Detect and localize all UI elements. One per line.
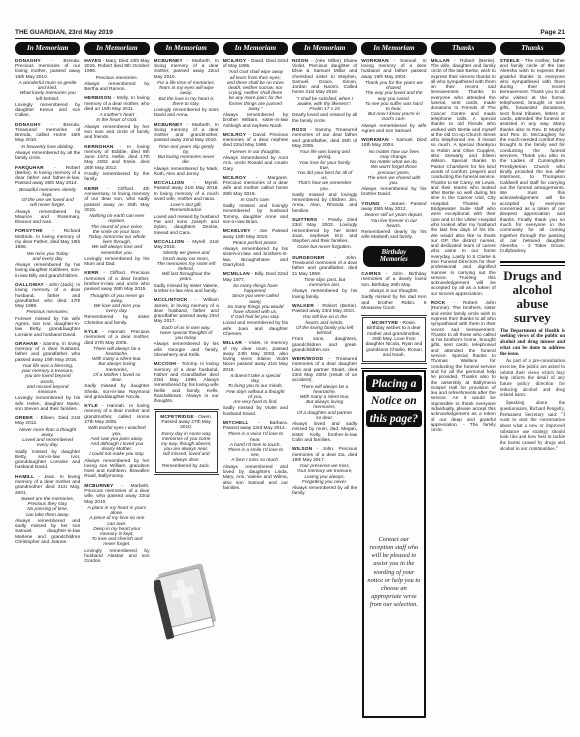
- verse-line: But loving memories never die.: [157, 155, 216, 165]
- verse-line: The ones we shared with you.: [364, 176, 423, 186]
- memorial-notice: MCCOSH - Tommy. In loving memory of a de…: [154, 362, 219, 404]
- verse-line: Nothing on earth can ever replace,: [87, 214, 146, 224]
- memorial-notice: FARQUHAR - Robert (Bertie). In loving me…: [15, 166, 80, 226]
- verse-line: There is a smile I'd love to see,: [226, 448, 285, 458]
- notice-surname: ROCK: [431, 301, 446, 306]
- memorial-notice: MCCALLION - Myrell. Passed away 21st May…: [154, 181, 219, 236]
- birthday-memories-header: BirthdayMemories: [363, 246, 424, 268]
- notice-verse: In God's care.: [226, 198, 285, 203]
- memorial-notice: HERBISON - Molly. In loving memory of a …: [84, 96, 149, 140]
- memorial-notice: DONAGHY - Brenda. Treasured memories of …: [15, 123, 80, 162]
- notice-surname: KYLE: [84, 404, 98, 409]
- notice-surname: HERBISON: [84, 96, 111, 101]
- notice-body: WILSON - John. Precious memories of a de…: [292, 447, 357, 463]
- section-header-pill: Thanks: [500, 42, 565, 55]
- section-header-pill: In Memoriam: [292, 42, 357, 55]
- promo-body-text: Contact our reception staff who will be …: [366, 432, 421, 713]
- notice-body: MILLAR - Robert (Bertie). The wife, daug…: [431, 59, 496, 297]
- notice-closing: Sadly missed and lovingly remembered by …: [223, 204, 288, 225]
- memorial-notice: GRAHAM - Sammy. In loving memory of a de…: [15, 342, 80, 412]
- notice-surname: FARQUHAR: [15, 166, 44, 171]
- verse-line: Peace perfect peace.: [226, 241, 285, 246]
- notice-verse: It doesn't take a special day,To bring y…: [226, 374, 285, 405]
- masthead: THE GUARDIAN, 23rd May 2019 Page 21: [15, 29, 565, 39]
- notice-surname: KERNOHAN: [84, 145, 113, 150]
- memorial-notice: CAIRNS - John. Birthday memories of a de…: [361, 272, 426, 311]
- notice-verse: You still live on in the hearts and mind…: [295, 315, 354, 336]
- notice-verse: So many things have happened,Since you w…: [226, 284, 285, 320]
- verse-line: In God's care.: [226, 198, 285, 203]
- verse-line: Time and years slip gently by,: [157, 145, 216, 155]
- notice-closing: Always remembered by his loving daughter…: [15, 263, 80, 279]
- memorial-notice: KYLE - Hannah. In loving memory of a dea…: [84, 404, 149, 480]
- section-header-pill: In Memoriam: [361, 42, 426, 55]
- notice-verse: A place in my heart is yours alone,A pie…: [87, 506, 146, 548]
- notice-body: MCFETRIDGE - Owen. Passed away 27th May …: [158, 415, 215, 431]
- verse-line: What lovely memories you left behind.: [18, 91, 77, 101]
- verse-line: Few days without a thought of you,: [226, 390, 285, 400]
- memorial-notice: ROCK - Robert John (Ronnie). The brother…: [431, 301, 496, 433]
- notice-body: MCINTYRE - Rosie. Birthday wishes to a d…: [365, 321, 422, 358]
- notice-body: MCBURNEY - Marbeth. In loving memory of …: [154, 59, 219, 80]
- memorial-notice: WEIR/WOOD - Treasured memories of a dear…: [292, 357, 357, 443]
- notice-body: KERR - Clifford. Precious memories of a …: [84, 271, 149, 292]
- notice-closing: Always remembered by his brother David.: [361, 187, 426, 198]
- notice-closing: Fondly remembered by the family.: [84, 172, 149, 183]
- notice-closing: Always remembered by Mark, Ruth, Alex an…: [154, 167, 219, 178]
- page-number: Page 21: [540, 29, 565, 36]
- placing-notice-promo: Placing aNotice onthis page?Contact our …: [362, 370, 425, 718]
- notice-body: DONAGHY - Brenda. Treasured memories of …: [15, 123, 80, 144]
- verse-line: Your love for your family true,: [295, 161, 354, 171]
- notice-body: MCMILLAN - Billy. Died 22nd May 1977.: [223, 272, 288, 283]
- notice-body: ROSS - Sammy. Treasured memories of our …: [292, 128, 357, 149]
- memorial-notice: MILLAR - Violet. In memory of my dear mu…: [223, 341, 288, 417]
- notice-verse: A wonderful mum so gentle and kind,What …: [18, 81, 77, 102]
- verse-line: Thoughts of you never go away,: [87, 294, 146, 304]
- memorial-notice: MCILROY - David. Precious memories of a …: [223, 133, 288, 172]
- notice-surname: MCBURNEY: [154, 123, 183, 128]
- verse-line: Silently we grieve and brush away our te…: [157, 251, 216, 261]
- notice-body: SURGEONER - John. Treasured memories of …: [292, 256, 357, 277]
- notice-surname: MCBURNEY: [84, 484, 113, 489]
- verse-line: But always loving memories,: [295, 400, 354, 410]
- article-divider: [500, 261, 565, 266]
- notice-closing: Sadly missed by his dad Ken and brother …: [361, 295, 426, 311]
- newspaper-column: ThanksSTEELE - The mother, father and fa…: [500, 42, 565, 719]
- memorial-notice: SURGEONER - John. Treasured memories of …: [292, 256, 357, 300]
- notice-surname: MCILROY: [223, 133, 247, 138]
- notice-verse: Your life was a blessing,your memory a t…: [18, 364, 77, 395]
- verse-line: But the love in my heart is there to sta…: [157, 97, 216, 107]
- verse-line: It doesn't take a special day,: [226, 374, 285, 384]
- newspaper-column: In MemoriamHAYES - Mary. Died 10th May 2…: [84, 42, 149, 719]
- verse-line: Will last throughout the years.: [157, 272, 216, 282]
- verse-line: Your memory we treasure,: [295, 469, 354, 474]
- verse-line: you are loved beyond words,: [18, 374, 77, 384]
- notice-body: KYLE - Hannah. In loving memory of a dea…: [84, 404, 149, 425]
- notice-body: MCCOSH - Tommy. In loving memory of a de…: [154, 362, 219, 404]
- article-headline: Drugs and alcohol abuse survey: [500, 269, 565, 325]
- verse-line: You still live on in the hearts and mind…: [295, 315, 354, 325]
- verse-line: Your life was loving and giving,: [295, 150, 354, 160]
- notice-surname: MCILROY: [223, 59, 247, 64]
- verse-line: Deep in my heart your memory is kept,: [87, 527, 146, 537]
- notice-surname: WILSON: [292, 447, 312, 452]
- notice-surname: KERR: [84, 187, 98, 192]
- verse-line: So many things you would have shared wit…: [226, 305, 285, 315]
- notice-closing: Sadly missed by daughter Sheila, son-in-…: [84, 384, 149, 400]
- verse-line: That's how we remember you.: [295, 181, 354, 191]
- newspaper-column: In MemoriamDONAGHY - Brenda. Precious me…: [15, 42, 80, 719]
- verse-line: Forever in our thoughts.: [226, 150, 285, 155]
- notice-closing: Lovingly remembered by husband Alastair …: [84, 549, 149, 565]
- notice-surname: MCINTYRE: [372, 321, 399, 326]
- notice-verse: In heavenly love abiding.: [18, 145, 77, 150]
- section-header-pill: In Memoriam: [15, 42, 80, 55]
- verse-line: Dearer still as years depart,: [364, 213, 423, 218]
- notice-surname: MITCHELL: [223, 421, 249, 426]
- notice-surname: MCCOSH: [154, 362, 177, 367]
- verse-line: Since you were called away,: [226, 294, 285, 304]
- badge-line: Memories: [363, 256, 424, 264]
- memorial-notice: MILLAR - Robert (Bertie). The wife, daug…: [431, 59, 496, 297]
- notice-verse: Thank you for the years we shared,The wa…: [364, 81, 423, 123]
- verse-line: To love and cherish and never forget.: [87, 537, 146, 547]
- verse-line: Of the one we loved and will never forge…: [18, 198, 77, 208]
- notice-body: NIXON - (née Millar) Elaine Violet. Prec…: [292, 59, 357, 96]
- notice-closing: Sadly missed by sister Valerie, brother-…: [154, 284, 219, 295]
- memorial-notice: NIXON - (née Millar) Elaine Violet. Prec…: [292, 59, 357, 124]
- notice-body: ROCK - Robert John (Ronnie). The brother…: [431, 301, 496, 433]
- newspaper-page: THE GUARDIAN, 23rd May 2019 Page 21 In M…: [0, 0, 580, 737]
- notice-verse: For a life time of memories.Tears in my …: [157, 81, 216, 107]
- notice-closing: Always remembered and loved by daughters…: [223, 465, 288, 491]
- verse-line: If God had let you stay.: [226, 315, 285, 320]
- notice-surname: SUITTERS: [292, 218, 317, 223]
- promo-headline-line: Placing a: [366, 375, 421, 392]
- notice-body: CAIRNS - John. Birthday memories of a de…: [361, 272, 426, 288]
- notice-body: MCILROY - David. Precious memories of a …: [223, 133, 288, 149]
- notice-body: SUITTERS - Pearly. Died 23rd May 2003. L…: [292, 218, 357, 244]
- notice-surname: MCCALLION: [154, 240, 185, 245]
- memorial-notice: KERR - Clifford. Precious memories of a …: [84, 271, 149, 326]
- verse-line: We won't forget those precious years,: [364, 165, 423, 175]
- notice-closing: Lovingly remembered by daughter Keeva an…: [15, 103, 80, 119]
- verse-line: So many things have happened,: [226, 284, 285, 294]
- notice-verse: Sweet are the memories,Precious they sta…: [18, 497, 77, 518]
- memorial-notice: MCILROY - Margaret. Precious memories of…: [223, 176, 288, 226]
- notice-verse: A mother's heartIn the heart of God.: [87, 113, 146, 123]
- notice-body: DONAGHY - Brenda. Precious memories of o…: [15, 59, 80, 80]
- verse-line: and missed beyond measure.: [18, 385, 77, 395]
- notice-verse: Every day in some way memories of you co…: [161, 432, 212, 463]
- notice-closing: Always remembered by his loving family.: [292, 289, 357, 300]
- notice-verse: There will always be a heartache,With ma…: [295, 385, 354, 421]
- verse-line: There will always be a heartache,: [295, 385, 354, 395]
- verse-line: To bring you to our minds,: [226, 384, 285, 389]
- notice-body: STEELE - The mother, father and family c…: [500, 59, 565, 255]
- notice-verse: Your presence we miss,Your memory we tre…: [295, 464, 354, 485]
- notice-body: FORSYTHE - Richard McBride. In loving me…: [15, 229, 80, 250]
- notice-verse: Forever in our thoughts.: [226, 150, 285, 155]
- notice-surname: NIXON: [292, 59, 308, 64]
- notice-body: KYLE - Hannah. Precious memories of a de…: [84, 330, 149, 346]
- notice-surname: KYLE: [84, 330, 98, 335]
- notice-surname: HAMILL: [15, 475, 34, 480]
- article-paragraph: Speaking about the questionnaire, Richar…: [500, 401, 565, 452]
- memorial-notice: ROSS - Sammy. Treasured memories of our …: [292, 128, 357, 214]
- newspaper-column: In MemoriamWORKMAN - Samuel. In loving m…: [361, 42, 426, 719]
- verse-line: A place in my heart is yours alone,: [87, 506, 146, 516]
- verse-line: Time slips past, but memories last.: [295, 278, 354, 288]
- notice-body: FARQUHAR - Robert (Bertie). In loving me…: [15, 166, 80, 187]
- memorial-notice: MCILROY - David. Died 22nd of May 1995."…: [223, 59, 288, 129]
- notice-body: MCBURNEY - Marbeth. Precious memories of…: [84, 484, 149, 505]
- notice-body: GRAHAM - Sammy. In loving memory of a de…: [15, 342, 80, 363]
- verse-line: Have special thoughts of you today.: [157, 331, 216, 341]
- notice-closing: Always remembered by his sisters-in-law …: [223, 247, 288, 268]
- notice-body: KERR - Clifford. 4th Anniversary. In lov…: [84, 187, 149, 213]
- memorial-notice: HAMILL - Jean. In loving memory of a dea…: [15, 475, 80, 545]
- memorial-notice: MCCALLION - Myrell. 21st May 2018.Silent…: [154, 240, 219, 294]
- notice-body: GALLOWAY - John (Jack). In loving memory…: [15, 283, 80, 309]
- memorial-notice: MCFETRIDGE - Owen. Passed away 27th May …: [155, 411, 218, 473]
- notice-closing: Always remembered by Aunt Ann, uncle Ron…: [223, 156, 288, 172]
- notice-surname: STEELE: [500, 59, 520, 64]
- notice-body: KERNOHAN - In loving memory of Bobbie, d…: [84, 145, 149, 171]
- memorial-notice: MCBURNEY - Marbeth. In loving memory of …: [154, 123, 219, 178]
- notice-surname: DONAGHY: [15, 59, 41, 64]
- article-lead: The Department of Health is seeking view…: [500, 329, 565, 358]
- memorial-notice: GALLOWAY - John (Jack). In loving memory…: [15, 283, 80, 338]
- notice-verse: Dearer still as years depart,You live fo…: [364, 213, 423, 229]
- memorial-notice: MITCHELL - Barbara. Passed away 23rd May…: [223, 421, 288, 491]
- verse-line: The way you loved and the way you cared.: [364, 91, 423, 101]
- verse-line: The memories my sister left behind,: [157, 262, 216, 272]
- verse-line: With tearful eyes I watched you,: [87, 426, 146, 436]
- notice-surname: YOUNG: [361, 202, 380, 207]
- notice-body: WORKMAN - Samuel. In loving memory of a …: [361, 59, 426, 80]
- notice-closing: Always remembered and sadly missed by he…: [15, 519, 80, 545]
- verse-line: In the heart of God.: [87, 118, 146, 123]
- verse-line: Of a daughter and partner so dear.: [295, 411, 354, 421]
- memorial-notice: MCMILLAN - Billy. Died 22nd May 1977.So …: [223, 272, 288, 337]
- memorial-notice: DONAGHY - Brenda. Precious memories of o…: [15, 59, 80, 119]
- notice-verse: Love's last gift,Remembrance.: [157, 203, 216, 213]
- notice-closing: Sadly missed and lovingly remembered by …: [292, 193, 357, 214]
- verse-line: Loved and remembered every day.: [18, 438, 77, 448]
- section-header-pill: In Memoriam: [223, 42, 288, 55]
- notice-surname: MCCLINTOCK: [154, 298, 188, 303]
- verse-line: and every day: [18, 257, 77, 262]
- verse-line: A piece of my love no one can own.: [87, 516, 146, 526]
- notice-closing: Always remembered by all the family.: [292, 486, 357, 497]
- article-paragraph: As part of a pre-consultation exercise, …: [500, 359, 565, 399]
- memorial-notice: GREER - Eileen. Died 21st May 2012.Never…: [15, 416, 80, 471]
- notice-closing: Remembered by Jack.: [158, 464, 215, 469]
- verse-line: But always loving memories,: [87, 362, 146, 372]
- notice-surname: HAYES: [84, 59, 101, 64]
- notice-verse: Gone but never forgotten.: [295, 245, 354, 250]
- notice-closing: Lovingly remembered by sons David and An…: [154, 108, 219, 119]
- verse-line: Forgetting you never.: [295, 480, 354, 485]
- notice-surname: WALKER: [292, 304, 314, 309]
- verse-line: In heavenly love abiding.: [18, 145, 77, 150]
- notice-closing: Always loved and sadly missed by mum, da…: [292, 422, 357, 443]
- memorial-notice: KERNOHAN - In loving memory of Bobbie, d…: [84, 145, 149, 183]
- verse-line: Remembrance.: [157, 208, 216, 213]
- notice-surname: MCFETRIDGE: [160, 415, 194, 420]
- notice-body: YOUNG - James. Passed away 25th May 2012…: [361, 202, 426, 213]
- columns-container: In MemoriamDONAGHY - Brenda. Precious me…: [15, 42, 565, 719]
- verse-line: You did your best for all of us,: [295, 171, 354, 181]
- notice-body: MCILROY - David. Died 22nd of May 1995.: [223, 59, 288, 70]
- notice-verse: There will always be a heartache,With ma…: [87, 347, 146, 383]
- notice-verse: Always in our thoughts.: [364, 289, 423, 294]
- notice-surname: MILLAR: [223, 341, 242, 346]
- notice-body: MCCALLION - Myrell. 21st May 2018.: [154, 240, 219, 251]
- notice-surname: GREER: [15, 416, 33, 421]
- memorial-notice: MCINTYRE - Rosie. Birthday wishes to a d…: [362, 317, 425, 362]
- verse-line: Of the loving family you left behind.: [295, 326, 354, 336]
- newspaper-column: In MemoriamMCILROY - David. Died 22nd of…: [223, 42, 288, 719]
- verse-line: Beautiful memories silently kept,: [18, 188, 77, 198]
- verse-line: Precious memories.: [87, 76, 146, 81]
- notice-surname: WORKMAN: [361, 59, 389, 64]
- verse-line: There is a voice I'd love to hear,: [226, 432, 285, 442]
- notice-surname: KERR: [84, 271, 98, 276]
- notice-surname: MCBURNEY: [154, 59, 183, 64]
- newspaper-column: ThanksMILLAR - Robert (Bertie). The wife…: [431, 42, 496, 719]
- verse-line: The sound of your voice, the smile on yo…: [87, 225, 146, 235]
- notice-verse: Peace perfect peace.: [226, 241, 285, 246]
- notice-body: WEIR/WOOD - Treasured memories of a dear…: [292, 357, 357, 383]
- memorial-notice: HAYES - Mary. Died 10th May 2015. Robert…: [84, 59, 149, 93]
- masthead-title: THE GUARDIAN, 23rd May 2019: [15, 29, 113, 36]
- memorial-notice: WALKER - Robert (Bertie). Passed away 23…: [292, 304, 357, 353]
- verse-line: There will always be a heartache,: [87, 347, 146, 357]
- promo-headline-line: Notice on: [366, 394, 421, 408]
- notice-verse: Your life was loving and giving,Your lov…: [295, 150, 354, 192]
- section-header-pill: Thanks: [431, 42, 496, 55]
- verse-line: I could not make you stay.: [87, 452, 146, 457]
- memorial-notice: KERR - Clifford. 4th Anniversary. In lov…: [84, 187, 149, 268]
- notice-body: MCCALLION - Myrell. Passed away 21st May…: [154, 181, 219, 202]
- notice-closing: Lovingly remembered by his Mum and Dad.: [84, 257, 149, 268]
- notice-closing: Always remembered by her son Ivan and ci…: [84, 125, 149, 141]
- verse-line: We love and miss you every day.: [87, 304, 146, 314]
- notice-verse: Precious memories.: [18, 310, 77, 315]
- notice-surname: ROSS: [292, 128, 306, 133]
- verse-line: Precious memories.: [18, 310, 77, 315]
- notice-body: WORKMAN - Samuel. Died 19th May 2004.: [361, 138, 426, 149]
- verse-line: Always in our thoughts.: [364, 289, 423, 294]
- verse-line: You live forever in our hearts.: [364, 219, 423, 229]
- notice-verse: There is a voice I'd love to hear,A hand…: [226, 432, 285, 463]
- notice-closing: Lovingly remembered by his wife Helen, d…: [15, 396, 80, 412]
- section-header-pill: In Memoriam: [154, 42, 219, 55]
- notice-body: MITCHELL - Barbara. Passed away 23rd May…: [223, 421, 288, 432]
- notice-verse: Nothing on earth can ever replace,The so…: [87, 214, 146, 256]
- notice-surname: MILLAR: [431, 59, 450, 64]
- notice-closing: From sons, daughters, grandchildren and …: [292, 337, 357, 353]
- notice-surname: GALLOWAY: [15, 283, 44, 288]
- notice-body: MCILROY - Margaret. Precious memories of…: [223, 176, 288, 197]
- notice-verse: Silently we grieve and brush away our te…: [157, 251, 216, 282]
- memorial-notice: YOUNG - James. Passed away 25th May 2012…: [361, 202, 426, 241]
- verse-line: Gone but never forgotten.: [295, 245, 354, 250]
- newspaper-column: In MemoriamNIXON - (née Millar) Elaine V…: [292, 42, 357, 719]
- verse-line: "And God shall wipe away all tears from …: [226, 70, 285, 112]
- notice-closing: Always remembered by wife Agnes and son …: [361, 124, 426, 135]
- notice-verse: "And God shall wipe away all tears from …: [226, 70, 285, 112]
- verse-line: Of a Mother I loved so dear.: [87, 373, 146, 383]
- notice-verse: No matter how our lives may change,No ma…: [364, 150, 423, 186]
- notice-surname: WEIR/WOOD: [292, 357, 323, 362]
- verse-line: Are very hard to find.: [226, 400, 285, 405]
- notice-verse: Thoughts of you never go away,We love an…: [87, 294, 146, 315]
- section-header-pill: In Memoriam: [84, 42, 149, 55]
- notice-closing: Loved and missed by husband Pat and sons…: [154, 215, 219, 236]
- memorial-notice: KYLE - Hannah. Precious memories of a de…: [84, 330, 149, 400]
- notice-closing: Always remembered by brother William, si…: [223, 113, 288, 129]
- notice-closing: Dearly loved and missed by all the famil…: [292, 113, 357, 124]
- notice-body: WALKER - Robert (Bertie). Passed away 23…: [292, 304, 357, 315]
- notice-surname: CAIRNS: [361, 272, 381, 277]
- notice-surname: WORKMAN: [361, 138, 389, 143]
- notice-verse: Precious memories.: [87, 76, 146, 81]
- notice-closing: Sadly missed by Violet and husband David…: [223, 406, 288, 417]
- notice-body: MCKELVEY - Joe. Passed away 18th May 201…: [223, 229, 288, 240]
- verse-line: Every day in some way memories of you co…: [161, 432, 212, 463]
- notice-body: HERBISON - Molly. In loving memory of a …: [84, 96, 149, 112]
- memorial-notice: MCBURNEY - Marbeth. Precious memories of…: [84, 484, 149, 565]
- notice-body: MILLAR - Violet. In memory of my dear mu…: [223, 341, 288, 373]
- verse-line: And although I loved you dearly Mother,: [87, 442, 146, 452]
- notice-closing: Always remembered by her loving son Will…: [84, 459, 149, 480]
- notice-closing: Always remembered by Maurice and Rosemar…: [15, 210, 80, 226]
- notice-surname: GRAHAM: [15, 342, 38, 347]
- memorial-notice: FORSYTHE - Richard McBride. In loving me…: [15, 229, 80, 278]
- notice-body: MCBURNEY - Marbeth. In loving memory of …: [154, 123, 219, 144]
- notice-surname: SURGEONER: [292, 256, 325, 261]
- notice-surname: MCCALLION: [154, 181, 185, 186]
- notice-closing: Always remembered by all the family circ…: [15, 151, 80, 162]
- notice-closing: Always remembered by his wife Georgie an…: [154, 342, 219, 358]
- notice-verse: We miss you Todayand every day: [18, 252, 77, 262]
- notice-closing: Sadly missed by daughter Betty, son-in-l…: [15, 450, 80, 471]
- notice-verse: Beautiful memories silently kept,Of the …: [18, 188, 77, 209]
- memorial-notice: MCCLINTOCK - William James, in loving me…: [154, 298, 219, 358]
- memorial-notice: SUITTERS - Pearly. Died 23rd May 2003. L…: [292, 218, 357, 252]
- notice-surname: DONAGHY: [15, 123, 41, 128]
- news-article: Drugs and alcohol abuse surveyThe Depart…: [500, 259, 565, 719]
- verse-line: But now I know you're in God's care.: [364, 112, 423, 122]
- notice-surname: FORSYTHE: [15, 229, 43, 234]
- notice-closing: Always remembered by Bertha and Ramon.: [84, 82, 149, 93]
- memorial-notice: WORKMAN - Samuel. Died 19th May 2004.No …: [361, 138, 426, 198]
- memorial-notice: STEELE - The mother, father and family c…: [500, 59, 565, 255]
- notice-surname: MCMILLAN: [223, 272, 250, 277]
- notice-body: HAYES - Mary. Died 10th May 2015. Robert…: [84, 59, 149, 75]
- verse-line: can take them away.: [18, 513, 77, 518]
- verse-line: A face I miss so much.: [226, 458, 285, 463]
- verse-line: To see you suffer was hard to bear,: [364, 102, 423, 112]
- notice-verse: "I shall be satisfied, when I awake, wit…: [295, 97, 354, 113]
- verse-line: Today, tomorrow our whole lives through,: [87, 235, 146, 245]
- notice-body: HAMILL - Jean. In loving memory of a dea…: [15, 475, 80, 496]
